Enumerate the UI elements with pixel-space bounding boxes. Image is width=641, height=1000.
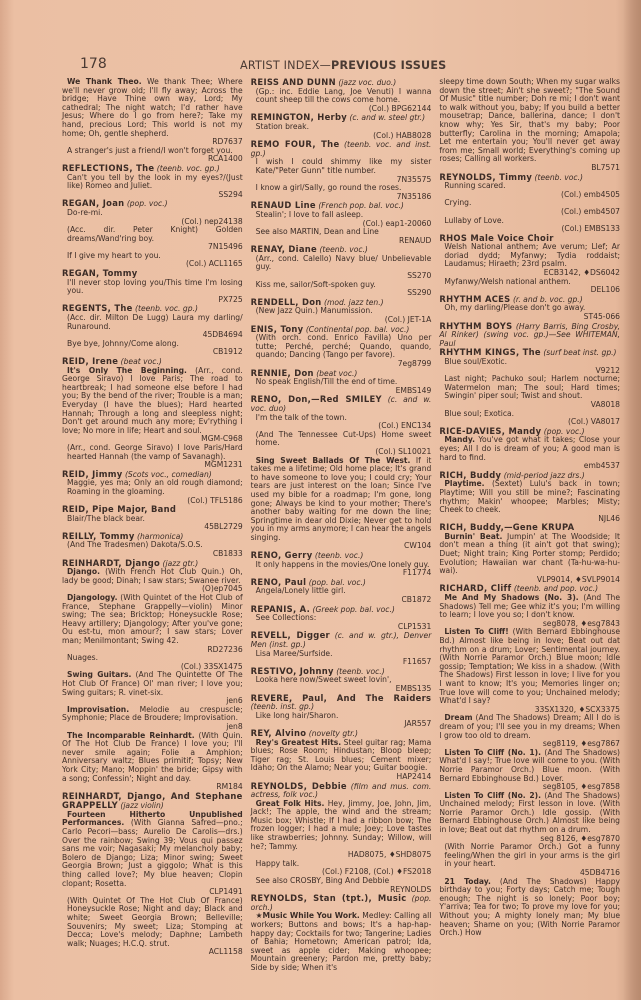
record-line: I know a girl/Sally, go round the roses.… [251, 184, 432, 201]
record-line: Looka here now/Sweet sweet lovin',EMBS13… [251, 676, 432, 693]
record-line: Last night; Pachuko soul; Harlem nocturn… [439, 375, 620, 409]
artist-name: REYNOLDS, Debbie [251, 781, 347, 791]
artist-name: REPANIS, A. [251, 604, 310, 614]
record-line: Kiss me, sailor/Soft-spoken guy.SS290 [251, 281, 432, 298]
artist-description: (teenb. voc.) [535, 173, 583, 182]
record-text: No speak English/Till the end of time. [256, 377, 398, 386]
artist-entry: REYNOLDS, Stan (tpt.), Music (pop. orch.… [251, 894, 432, 912]
artist-description: (Greek pop. bal. voc.) [313, 605, 395, 614]
artist-name: REGENTS, The [62, 303, 133, 313]
record-text: I know a girl/Sally, go round the roses. [256, 183, 402, 192]
record-line: See also MARTIN, Dean and LineRENAUD [251, 228, 432, 245]
artist-name: RENDELL, Don [251, 297, 322, 307]
artist-entry: REYNOLDS, Debbie (film and mus. com. act… [251, 782, 432, 800]
artist-name: REID, Irene [62, 356, 118, 366]
artist-name: REMINGTON, Herby [251, 112, 347, 122]
index-columns: We Thank Theo. We thank Thee; Where we'l… [62, 78, 620, 973]
record-line: A stranger's just a friend/I won't forge… [62, 147, 243, 164]
record-text: See also CROSBY, Bing And Debbie [256, 876, 390, 885]
record-text: (Acc. dir. Peter Knight) Golden dreams/W… [67, 225, 243, 243]
record-line: Do-re-mi.(Col.) nep24138 [62, 209, 243, 226]
record-entry: Burnin' Beat. Jumpin' at The Woodside; I… [439, 533, 620, 585]
artist-name: RICE-DAVIES, Mandy [439, 426, 541, 436]
artist-name: RHYTHM KINGS, The [439, 347, 541, 357]
artist-name: REYNOLDS, Timmy [439, 172, 532, 182]
track-list: (With Quintet of the Hot Club of France,… [62, 593, 243, 645]
column-middle: REISS AND DUNN (jazz voc. duo.)(Gp.: inc… [251, 78, 432, 973]
record-text: I'll never stop loving you/This time I'm… [67, 278, 243, 296]
record-line: Maggie, yes ma; Only an old rough diamon… [62, 479, 243, 505]
record-line: (Gp.: inc. Eddie Lang, Joe Venuti) I wan… [251, 88, 432, 114]
record-entry: Listen To Cliff (No. 2). (And The Shadow… [439, 792, 620, 844]
record-text: Bye bye, Johnny/Come along. [67, 339, 179, 348]
artist-entry: RENO, Don,—Red SMILEY (c. and w. voc. du… [251, 395, 432, 413]
record-entry: Great Folk Hits. Hey, Jimmy, Joe, John, … [251, 800, 432, 860]
track-list: (And The Shadows) Happy birthday to you;… [439, 877, 620, 938]
record-line: No speak English/Till the end of time.EM… [251, 378, 432, 395]
track-list: If it takes me a lifetime; Old home plac… [251, 456, 432, 542]
track-list: sleepy time down South; When my sugar wa… [439, 77, 620, 163]
record-line: Lullaby of Love.(Col.) EMBS133 [439, 217, 620, 234]
record-text: (And The Tennessee Cut-Ups) Home sweet h… [256, 430, 432, 448]
record-text: (With Quintet Of The Hot Club Of France)… [67, 896, 243, 948]
record-text: (Gp.: inc. Eddie Lang, Joe Venuti) I wan… [256, 87, 432, 105]
record-text: I'm the talk of the town. [256, 413, 347, 422]
record-line: Angela/Lonely little girl.CB1872 [251, 587, 432, 604]
record-entry: Listen To Cliff! (With Bernard Ebbinghou… [439, 628, 620, 714]
artist-name: RHYTHM ACES [439, 294, 510, 304]
record-entry: Sing Sweet Ballads Of The West. If it ta… [251, 457, 432, 552]
artist-name: REGAN, Tommy [62, 268, 138, 278]
running-title-bold: PREVIOUS ISSUES [331, 59, 446, 72]
track-list: (With Quin. Of The Hot Club De France) I… [62, 731, 243, 783]
artist-name: RENAY, Diane [251, 244, 317, 254]
column-right: sleepy time down South; When my sugar wa… [439, 78, 620, 973]
artist-name: REILLY, Tommy [62, 531, 135, 541]
record-line: Welsh National anthem; Ave verum; Llef; … [439, 243, 620, 277]
record-text: (And The Tradesmen) Dakota/S.O.S. [67, 540, 203, 549]
artist-name: RENO, Don,—Red SMILEY [251, 394, 382, 404]
record-entry: Me And My Shadows (No. 3). (And The Shad… [439, 594, 620, 628]
record-text: Blue soul; Exotica. [444, 409, 514, 418]
artist-name: RENO, Gerry [251, 550, 313, 560]
artist-description: (c. and w. steel gtr.) [349, 113, 425, 122]
record-entry: It's Only The Beginning. (Arr., cond. Ge… [62, 367, 243, 444]
artist-name: REFLECTIONS, The [62, 163, 154, 173]
record-text: Welsh National anthem; Ave verum; Llef; … [444, 242, 620, 268]
record-line: Lisa Maree/Surfside.F11657 [251, 650, 432, 667]
artist-name: REID, Pipe Major, Band [62, 504, 176, 514]
record-line: Oh, my darling/Please don't go away.ST45… [439, 304, 620, 321]
record-text: Nuages. [67, 653, 98, 662]
record-text: I wish I could shimmy like my sister Kat… [256, 157, 432, 175]
artist-name: RHOS Male Voice Choir [439, 233, 553, 243]
record-entry: ★Music While You Work. Medley: Calling a… [251, 912, 432, 972]
record-entry: Rey's Greatest Hits. Steel guitar rag; M… [251, 739, 432, 782]
record-line: Happy talk.(Col.) F2108, (Col.) ♦FS2018 [251, 860, 432, 877]
artist-name: REMO FOUR, The [251, 139, 340, 149]
record-entry: Improvisation. Melodie au crespuscle; Sy… [62, 706, 243, 732]
record-text: Lisa Maree/Surfside. [256, 649, 333, 658]
record-line: Nuages.(Col.) 33SX1475 [62, 654, 243, 671]
record-text: Looka here now/Sweet sweet lovin', [256, 675, 392, 684]
track-list: (With Bernard Ebbinghouse Bd.) Almost li… [439, 627, 620, 705]
record-entry: 21 Today. (And The Shadows) Happy birthd… [439, 878, 620, 938]
page-number: 178 [80, 56, 107, 72]
record-line: I wish I could shimmy like my sister Kat… [251, 158, 432, 184]
record-line: See Collections:CLP1531 [251, 614, 432, 631]
record-line: I'm the talk of the town.(Col.) ENC134 [251, 414, 432, 431]
record-text: Kiss me, sailor/Soft-spoken guy. [256, 280, 376, 289]
record-line: (Acc. dir. Milton De Lugg) Laura my darl… [62, 314, 243, 340]
artist-name: REVERE, Paul, And The Raiders [251, 693, 432, 703]
artist-name: REID, Jimmy [62, 469, 123, 479]
record-text: (Arr., cond. George Siravo) I love Paris… [67, 443, 243, 461]
record-text: See also MARTIN, Dean and Line [256, 227, 379, 236]
artist-name: RHYTHM BOYS [439, 321, 512, 331]
record-text: Stealin'; I love to fall asleep. [256, 210, 364, 219]
record-text: Station break. [256, 122, 309, 131]
record-line: See also CROSBY, Bing And DebbieREYNOLDS [251, 877, 432, 894]
record-text: Running scared. [444, 181, 505, 190]
record-entry: We Thank Theo. We thank Thee; Where we'l… [62, 78, 243, 147]
record-text: Oh, my darling/Please don't go away. [444, 303, 585, 312]
record-line: (Arr., cond. Calello) Navy blue/ Unbelie… [251, 255, 432, 281]
record-line: Bye bye, Johnny/Come along.CB1912 [62, 340, 243, 357]
record-line: (With orch. cond. Enrico Favilla) Uno pe… [251, 334, 432, 368]
artist-entry: REVELL, Digger (c. and w. gtr.), Denver … [251, 631, 432, 649]
record-line: Can't you tell by the look in my eyes?/(… [62, 174, 243, 200]
record-entry: The Incomparable Reinhardt. (With Quin. … [62, 732, 243, 792]
record-text: If I give my heart to you. [67, 251, 161, 260]
artist-name: RENAUD Line [251, 200, 316, 210]
artist-name: RENNIE, Don [251, 368, 314, 378]
record-text: (Acc. dir. Milton De Lugg) Laura my darl… [67, 313, 243, 331]
artist-name: RICH, Buddy [439, 470, 501, 480]
artist-name: RESTIVO, Johnny [251, 666, 334, 676]
artist-name: ENIS, Tony [251, 324, 304, 334]
artist-description: (surf beat inst. gp.) [543, 348, 616, 357]
record-line: (New Jazz Quin.) Manumission.(Col.) JET-… [251, 307, 432, 324]
record-text: Lullaby of Love. [444, 216, 504, 225]
artist-entry: REINHARDT, Django, And Stephane GRAPPELL… [62, 792, 243, 811]
record-line: Blue soul/Exotic.V9212 [439, 358, 620, 375]
record-entry: Django. (With French Hot Club Quin.) Oh,… [62, 568, 243, 594]
record-line: Myfanwy/Welsh national anthem.DEL106 [439, 278, 620, 295]
record-text: Do-re-mi. [67, 208, 103, 217]
record-text: Blair/The black bear. [67, 514, 145, 523]
catalogue-number: ACL1158 [67, 948, 243, 957]
record-text: Can't you tell by the look in my eyes?/(… [67, 173, 243, 191]
record-entry: Djangology. (With Quintet of the Hot Clu… [62, 594, 243, 654]
track-list: (With Gianna Safred—pno.; Carlo Pecori—b… [62, 818, 243, 887]
running-title-prefix: ARTIST INDEX— [240, 59, 331, 72]
artist-name: REYNOLDS, Stan (tpt.), Music [251, 893, 407, 903]
record-text: (With Norrie Paramor Orch.) Got a funny … [444, 842, 620, 868]
record-line: (And The Tennessee Cut-Ups) Home sweet h… [251, 431, 432, 457]
track-list: We thank Thee; Where we'll never grow ol… [62, 77, 243, 138]
record-line: (Arr., cond. George Siravo) I love Paris… [62, 444, 243, 470]
record-line: Station break.(Col.) HAB8028 [251, 123, 432, 140]
record-text: Happy talk. [256, 859, 299, 868]
running-title: ARTIST INDEX—PREVIOUS ISSUES [240, 59, 446, 72]
record-line: Stealin'; I love to fall asleep.(Col.) e… [251, 211, 432, 228]
record-line: (With Norrie Paramor Orch.) Got a funny … [439, 843, 620, 877]
record-text: Maggie, yes ma; Only an old rough diamon… [67, 478, 243, 496]
record-text: Crying. [444, 198, 471, 207]
record-line: Crying.(Col.) emb4507 [439, 199, 620, 216]
artist-name: RENO, Paul [251, 577, 307, 587]
record-line: (And The Tradesmen) Dakota/S.O.S.CB1833 [62, 541, 243, 558]
artist-description: (pop. voc.) [127, 199, 168, 208]
record-text: Angela/Lonely little girl. [256, 586, 346, 595]
artist-name: REINHARDT, Django [62, 558, 160, 568]
track-list: (Arr., cond. George Siravo) I love Paris… [62, 366, 243, 435]
record-text: Blue soul/Exotic. [444, 357, 507, 366]
track-list: Medley: Calling all workers; Buttons and… [251, 911, 432, 972]
continued-track-list: sleepy time down South; When my sugar wa… [439, 78, 620, 173]
track-list: Hey, Jimmy, Joe, John, Jim, Jack!; The a… [251, 799, 432, 851]
record-entry: Playtime. (Sextet) Lulu's back in town; … [439, 480, 620, 523]
record-text: See Collections: [256, 613, 317, 622]
artist-name: RICHARD, Cliff [439, 583, 511, 593]
record-line: If I give my heart to you.(Col.) ACL1165 [62, 252, 243, 269]
page-header: 178 ARTIST INDEX—PREVIOUS ISSUES [80, 56, 620, 76]
artist-name: REISS AND DUNN [251, 77, 336, 87]
record-entry: Mandy. You've got what it takes; Close y… [439, 436, 620, 470]
artist-name: REY, Alvino [251, 728, 307, 738]
record-entry: Dream (And The Shadows) Dream; All I do … [439, 714, 620, 748]
record-text: Last night; Pachuko soul; Harlem nocturn… [444, 374, 620, 400]
artist-entry: REVERE, Paul, And The Raiders (teenb. in… [251, 694, 432, 712]
record-line: Like long hair/Sharon.JAR557 [251, 712, 432, 729]
record-line: It only happens in the movies/One lonely… [251, 561, 432, 578]
record-line: (With Quintet Of The Hot Club Of France)… [62, 897, 243, 957]
record-line: Blair/The black bear.45BL2729 [62, 515, 243, 532]
record-text: (Arr., cond. Calello) Navy blue/ Unbelie… [256, 254, 432, 272]
record-entry: Listen To Cliff (No. 1). (And The Shadow… [439, 749, 620, 792]
record-line: I'll never stop loving you/This time I'm… [62, 279, 243, 305]
record-text: (With orch. cond. Enrico Favilla) Uno pe… [256, 333, 432, 359]
record-entry: Swing Guitars. (And The Quintette Of The… [62, 671, 243, 705]
artist-name: REGAN, Joan [62, 198, 124, 208]
artist-entry: RHYTHM BOYS (Harry Barris, Bing Crosby, … [439, 322, 620, 349]
page-edge-shadow [623, 0, 641, 1000]
artist-name: REVELL, Digger [251, 630, 330, 640]
record-entry: Fourteen Hitherto Unpublished Performanc… [62, 811, 243, 897]
artist-name: RICH, Buddy,—Gene KRUPA [439, 522, 574, 532]
column-left: We Thank Theo. We thank Thee; Where we'l… [62, 78, 243, 973]
record-line: Blue soul; Exotica.(Col.) VA8017 [439, 410, 620, 427]
record-text: (New Jazz Quin.) Manumission. [256, 306, 373, 315]
record-line: (Acc. dir. Peter Knight) Golden dreams/W… [62, 226, 243, 252]
artist-entry: REMO FOUR, The (teenb. voc. and inst. gp… [251, 140, 432, 158]
record-text: Like long hair/Sharon. [256, 711, 339, 720]
record-line: Running scared.(Col.) emb4505 [439, 182, 620, 199]
record-text: Myfanwy/Welsh national anthem. [444, 277, 570, 286]
